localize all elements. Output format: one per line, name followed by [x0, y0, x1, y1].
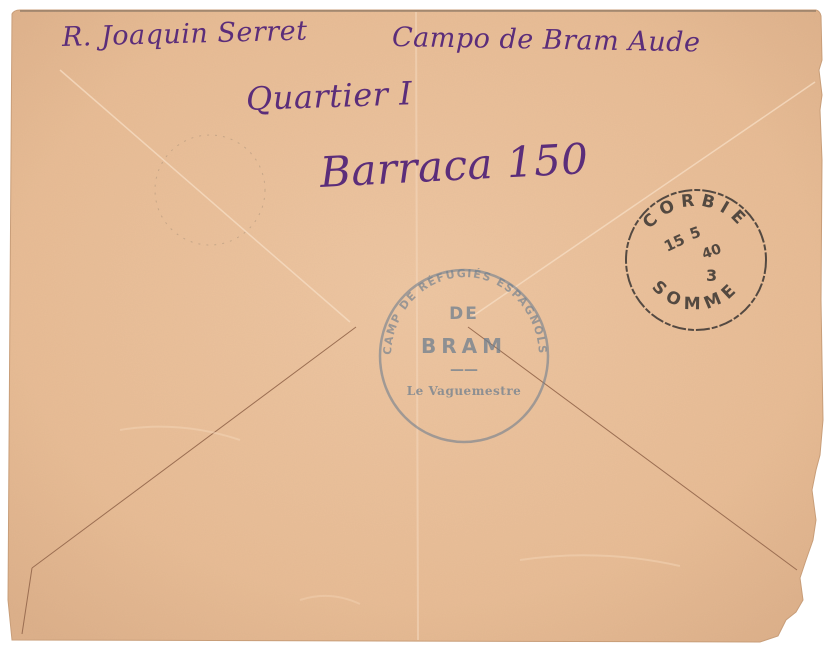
- svg-text:SOMME: SOMME: [648, 277, 745, 314]
- sender-quarter: Quartier I: [245, 74, 413, 118]
- corbie-postmark: CORBIE SOMME 15 5 40 3: [620, 186, 772, 332]
- postmark-ring-icon: CORBIE SOMME: [620, 186, 772, 332]
- camp-stamp-de: DE: [374, 304, 554, 324]
- postmark-time: 3: [706, 266, 717, 285]
- camp-stamp: CAMP DE RÉFUGIÉS ESPAGNOLS DE BRAM —— Le…: [374, 266, 554, 446]
- postmark-department: SOMME: [648, 277, 745, 314]
- camp-stamp-vaguemestre: Le Vaguemestre: [374, 384, 554, 398]
- sender-camp: Campo de Bram Aude: [392, 22, 701, 58]
- sender-name: R. Joaquin Serret: [62, 16, 308, 53]
- camp-stamp-bram: BRAM: [374, 334, 554, 358]
- envelope-back: R. Joaquin Serret Campo de Bram Aude Qua…: [0, 0, 834, 650]
- camp-stamp-divider: ——: [374, 362, 554, 378]
